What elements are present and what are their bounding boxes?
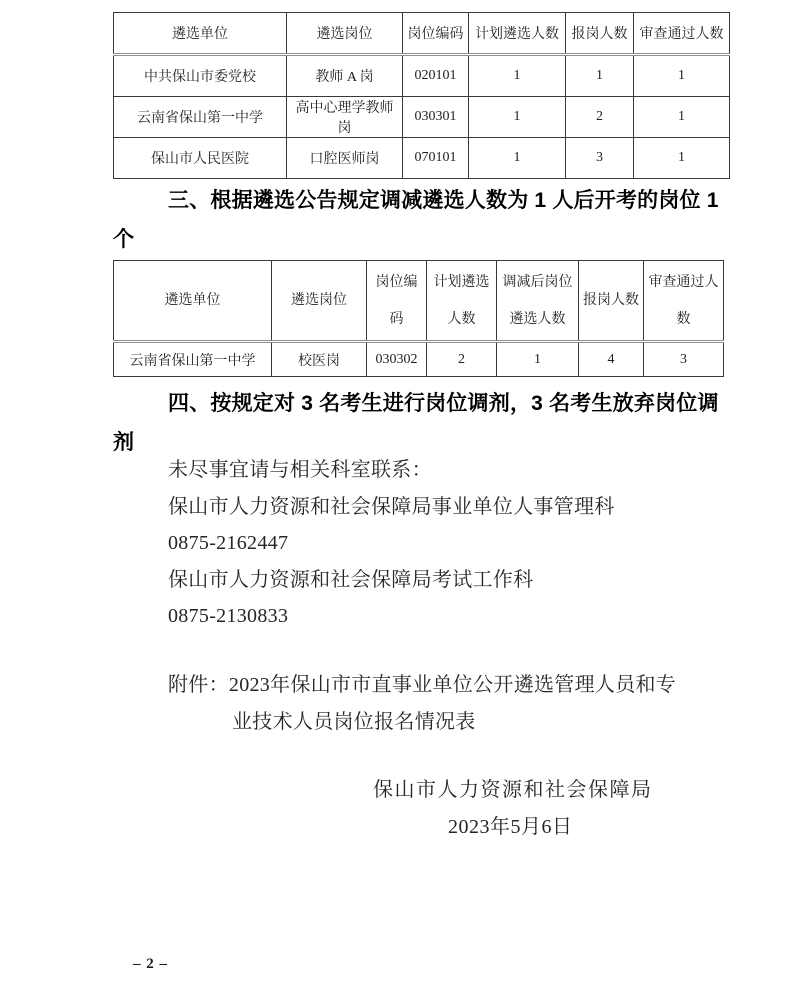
heading-line: 三、根据遴选公告规定调减遴选人数为 1 人后开考的岗位 1 xyxy=(113,181,735,220)
page-number: – 2 – xyxy=(133,956,168,973)
column-header-code: 岗位编码 xyxy=(367,261,427,342)
contact-phone: 0875-2130833 xyxy=(168,598,615,635)
column-header-reduced: 调减后岗位遴选人数 xyxy=(497,261,579,342)
table-cell: 保山市人民医院 xyxy=(114,138,287,179)
table-cell: 2 xyxy=(427,342,497,377)
table-cell: 3 xyxy=(566,138,634,179)
column-header-unit: 遴选单位 xyxy=(114,13,287,55)
contact-department: 保山市人力资源和社会保障局事业单位人事管理科 xyxy=(168,489,615,526)
column-header-applicants: 报岗人数 xyxy=(579,261,644,342)
table-row: 云南省保山第一中学 校医岗 030302 2 1 4 3 xyxy=(114,342,724,377)
column-header-position: 遴选岗位 xyxy=(287,13,403,55)
table-cell: 中共保山市委党校 xyxy=(114,55,287,97)
document-page: 遴选单位 遴选岗位 岗位编码 计划遴选人数 报岗人数 审查通过人数 中共保山市委… xyxy=(0,0,799,993)
attachment-note: 附件：2023年保山市市直事业单位公开遴选管理人员和专 业技术人员岗位报名情况表 xyxy=(168,667,676,741)
table-cell: 1 xyxy=(634,97,730,138)
table-header-row: 遴选单位 遴选岗位 岗位编码 计划遴选人数 报岗人数 审查通过人数 xyxy=(114,13,730,55)
contact-intro: 未尽事宜请与相关科室联系： xyxy=(168,452,615,489)
table-cell: 校医岗 xyxy=(272,342,367,377)
column-header-applicants: 报岗人数 xyxy=(566,13,634,55)
table-cell: 2 xyxy=(566,97,634,138)
table-cell: 030302 xyxy=(367,342,427,377)
column-header-position: 遴选岗位 xyxy=(272,261,367,342)
table-cell: 1 xyxy=(634,138,730,179)
heading-line: 个 xyxy=(113,220,735,259)
table-cell: 云南省保山第一中学 xyxy=(114,342,272,377)
signature-block: 保山市人力资源和社会保障局 2023年5月6日 xyxy=(373,772,653,846)
contact-department: 保山市人力资源和社会保障局考试工作科 xyxy=(168,562,615,599)
attachment-line: 业技术人员岗位报名情况表 xyxy=(168,704,676,741)
table-header-row: 遴选单位 遴选岗位 岗位编码 计划遴选人数 调减后岗位遴选人数 报岗人数 审查通… xyxy=(114,261,724,342)
table-cell: 1 xyxy=(634,55,730,97)
section-heading-4: 四、按规定对 3 名考生进行岗位调剂，3 名考生放弃岗位调 剂 xyxy=(113,384,735,462)
contact-info: 未尽事宜请与相关科室联系： 保山市人力资源和社会保障局事业单位人事管理科 087… xyxy=(168,452,615,635)
table-row: 云南省保山第一中学 高中心理学教师岗 030301 1 2 1 xyxy=(114,97,730,138)
reduced-positions-table: 遴选单位 遴选岗位 岗位编码 计划遴选人数 调减后岗位遴选人数 报岗人数 审查通… xyxy=(113,260,724,377)
opened-positions-table: 遴选单位 遴选岗位 岗位编码 计划遴选人数 报岗人数 审查通过人数 中共保山市委… xyxy=(113,12,730,179)
table-cell: 030301 xyxy=(403,97,469,138)
column-header-planned: 计划遴选人数 xyxy=(469,13,566,55)
heading-line: 四、按规定对 3 名考生进行岗位调剂，3 名考生放弃岗位调 xyxy=(113,384,735,423)
table-row: 保山市人民医院 口腔医师岗 070101 1 3 1 xyxy=(114,138,730,179)
attachment-line: 附件：2023年保山市市直事业单位公开遴选管理人员和专 xyxy=(168,667,676,704)
table-cell: 1 xyxy=(469,138,566,179)
table-cell: 1 xyxy=(497,342,579,377)
table-cell: 1 xyxy=(566,55,634,97)
column-header-planned: 计划遴选人数 xyxy=(427,261,497,342)
section-heading-3: 三、根据遴选公告规定调减遴选人数为 1 人后开考的岗位 1 个 xyxy=(113,181,735,259)
table-cell: 3 xyxy=(644,342,724,377)
issuer-name: 保山市人力资源和社会保障局 xyxy=(373,772,653,809)
column-header-unit: 遴选单位 xyxy=(114,261,272,342)
column-header-code: 岗位编码 xyxy=(403,13,469,55)
issue-date: 2023年5月6日 xyxy=(373,809,653,846)
table-cell: 高中心理学教师岗 xyxy=(287,97,403,138)
table-row: 中共保山市委党校 教师 A 岗 020101 1 1 1 xyxy=(114,55,730,97)
table-cell: 1 xyxy=(469,97,566,138)
column-header-approved: 审查通过人数 xyxy=(634,13,730,55)
table-cell: 口腔医师岗 xyxy=(287,138,403,179)
table-cell: 1 xyxy=(469,55,566,97)
table-cell: 云南省保山第一中学 xyxy=(114,97,287,138)
table-cell: 4 xyxy=(579,342,644,377)
table-cell: 教师 A 岗 xyxy=(287,55,403,97)
column-header-approved: 审查通过人数 xyxy=(644,261,724,342)
contact-phone: 0875-2162447 xyxy=(168,525,615,562)
table-cell: 070101 xyxy=(403,138,469,179)
table-cell: 020101 xyxy=(403,55,469,97)
